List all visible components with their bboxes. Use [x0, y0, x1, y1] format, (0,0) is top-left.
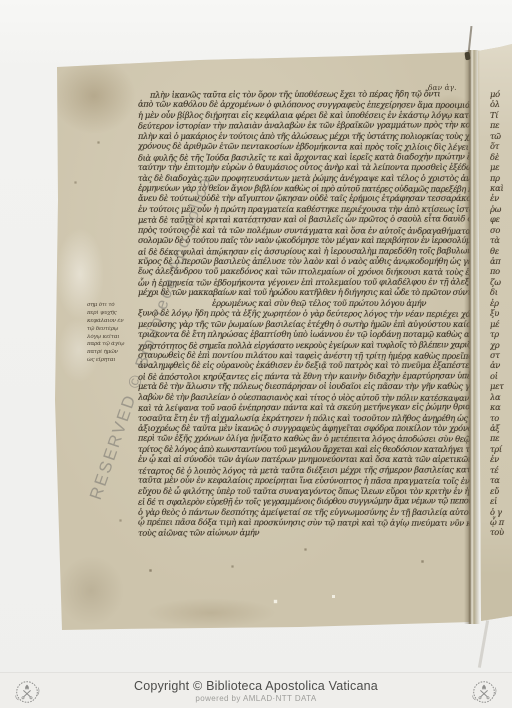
adjacent-text-line: πο	[490, 266, 512, 276]
adjacent-text-line: τῶ	[490, 131, 512, 141]
parchment-stain	[58, 556, 124, 626]
text-line: μετὰ δὲ τὴν ἅλωσιν τῆς πόλεως διεσπάρησα…	[138, 381, 470, 391]
adjacent-text-line: κα	[490, 402, 512, 412]
text-line: ἐρρωμένως καὶ σὺν θεῷ τέλος τοῦ πρώτου λ…	[138, 298, 470, 308]
adjacent-text-line: θε	[490, 246, 512, 256]
vatican-library-seal-icon	[14, 679, 40, 705]
fold-notch	[464, 52, 470, 61]
powered-by-text: powered by AMLAD·NTT DATA	[195, 694, 316, 703]
text-line: ἀπὸ τῶν καθόλου δὲ ἀρχομένων ὁ φιλόπονος…	[138, 99, 470, 111]
text-line: ὧν ἡ ἑρμηνεία τῶν ἑβδομήκοντα γέγονεν ἐπ…	[138, 276, 470, 288]
adjacent-text-line: πε	[490, 120, 512, 130]
text-line: τρίτος δὲ λόγος ἀπὸ κωνσταντίνου τοῦ μεγ…	[138, 444, 470, 454]
adjacent-text-block: μόὁλΤίπετῶὅτδὲμεπρκαὶἐνῥωφεσοτὰθεἀπποζωδ…	[490, 89, 512, 541]
adjacent-text-line: ἐν	[490, 454, 512, 464]
adjacent-text-line: τρί	[490, 444, 512, 454]
text-line: ἀναλημφθεὶς δὲ εἰς οὐρανοὺς ἐκάθισεν ἐν …	[138, 360, 470, 370]
adjacent-text-line: τέ	[490, 465, 512, 475]
text-line: περὶ τῶν ἑξῆς χρόνων ὀλίγα ᾐνίξατο καθὼς…	[138, 433, 470, 445]
text-line: οἱ δὲ ἀπόστολοι κηρύξαντες εἰς πάντα τὰ …	[138, 370, 470, 382]
text-line: ὁ γὰρ θεὸς ὁ πάντων δεσπότης ἀμείψεταί σ…	[138, 507, 470, 517]
text-line: διὰ φυλῆς δὲ τῆς Ἰούδα βασιλεῖς τε καὶ ἄ…	[138, 151, 470, 163]
text-line: ταύτην τὴν ἐπιτομὴν εὑρὼν ὁ θαυμάσιος οὗ…	[138, 162, 470, 172]
adjacent-text-line: μέ	[490, 319, 512, 329]
adjacent-text-line: ὁ γ	[490, 507, 512, 517]
adjacent-text-line: μετ	[490, 381, 512, 391]
margin-note-line: κεφάλαιον ἐν	[87, 318, 151, 326]
adjacent-text-line: χρ	[490, 340, 512, 350]
adjacent-text-line: καὶ	[490, 183, 512, 193]
adjacent-text-line: τὰ	[490, 235, 512, 245]
adjacent-text-line: σο	[490, 225, 512, 235]
page-fold	[464, 50, 480, 624]
adjacent-text-line: φε	[490, 214, 512, 224]
text-line: σταυρωθεὶς δὲ ἐπὶ ποντίου πιλάτου καὶ τα…	[138, 350, 470, 362]
footer-bar: Copyright © Biblioteca Apostolica Vatica…	[0, 672, 512, 708]
leaf-shadow	[478, 620, 489, 668]
text-line: τοσαῦτα ἔτη ἐν τῇ αἰχμαλωσίᾳ ἐκράτησεν ἡ…	[138, 413, 470, 423]
text-line: ἐν ᾧ καὶ αἱ σύνοδοι τῶν ἁγίων πατέρων μν…	[138, 454, 470, 464]
adjacent-text-line: στ	[490, 350, 512, 360]
adjacent-text-line: ἀξ	[490, 423, 512, 433]
adjacent-text-line: ᾧ π	[490, 517, 512, 527]
adjacent-text-line: εὔ	[490, 486, 512, 496]
text-line: τοὺς αἰῶνας τῶν αἰώνων ἀμήν	[138, 527, 470, 539]
adjacent-text-line: τοὺ	[490, 527, 512, 537]
text-line: καὶ τὰ λείψανα τοῦ ναοῦ ἐνέπρησαν πάντα …	[138, 401, 470, 413]
manuscript-page: δαν ἁγ. πλὴν ἱκανῶς ταῦτα εἰς τὸν ὅρον τ…	[0, 0, 512, 708]
adjacent-text-line: ξυ	[490, 308, 512, 318]
copyright-text: Copyright © Biblioteca Apostolica Vatica…	[134, 679, 378, 693]
text-line: τριάκοντα δὲ ἔτη πληρώσας ἐβαπτίσθη ὑπὸ …	[138, 329, 470, 339]
text-line: ἑρμηνεύων γὰρ τὸ θεῖον ἅγιον βιβλίον καθ…	[138, 183, 470, 195]
text-line: πλὴν καὶ ὁ μακάριος ἐν τούτοις ἀπὸ τῆς ἁ…	[138, 131, 470, 141]
parchment-specks	[0, 0, 1, 1]
adjacent-text-line: δὲ	[490, 152, 512, 162]
adjacent-text-line: ὅτ	[490, 141, 512, 151]
text-line: τὰς δὲ διαδοχὰς τῶν προφητευσάντων μετὰ …	[138, 173, 470, 183]
parchment-stain	[146, 598, 276, 628]
margin-note-line: σημ ὅτι τὸ	[87, 302, 151, 310]
adjacent-text-line: ἐν	[490, 193, 512, 203]
adjacent-text-line: οἱ	[490, 371, 512, 381]
adjacent-text-line: ὁλ	[490, 99, 512, 109]
adjacent-text-line: με	[490, 162, 512, 172]
margin-note-line: περὶ ψυχῆς	[87, 310, 151, 318]
adjacent-text-line: ἐρ	[490, 298, 512, 308]
text-line: μέχρι δὲ τῶν μακκαβαίων καὶ τοῦ ἡρώδου κ…	[138, 287, 470, 297]
adjacent-text-line: Τί	[490, 110, 512, 120]
main-text-block: πλὴν ἱκανῶς ταῦτα εἰς τὸν ὅρον τῆς ὑποθέ…	[138, 89, 470, 541]
text-line: εἰ δέ τι σφαλερὸν εὑρεθῇ ἐν τοῖς γεγραμμ…	[138, 495, 470, 507]
text-line: ταῦτα μὲν οὖν ἐν κεφαλαίοις προείρηται ἵ…	[138, 475, 470, 487]
adjacent-text-line: ζω	[490, 277, 512, 287]
adjacent-text-line: τα	[490, 475, 512, 485]
text-line: μεσούσης γὰρ τῆς τῶν ῥωμαίων βασιλείας ἐ…	[138, 319, 470, 329]
adjacent-text-line: δι	[490, 287, 512, 297]
adjacent-text-line: λα	[490, 392, 512, 402]
adjacent-text-line: ἀπ	[490, 256, 512, 266]
text-line: εὔχου δὲ ὦ φιλότης ὑπὲρ τοῦ ταῦτα συναγα…	[138, 486, 470, 496]
adjacent-text-line: ἀν	[490, 360, 512, 370]
adjacent-text-line: μό	[490, 89, 512, 99]
adjacent-text-line: πε	[490, 433, 512, 443]
text-line: δεύτερον ἱστορίαν τὴν παλαιὰν ἀναλαβὼν ἐ…	[138, 120, 470, 132]
adjacent-text-line: τρ	[490, 329, 512, 339]
vatican-library-seal-icon	[471, 679, 497, 705]
adjacent-text-line: εἰ	[490, 496, 512, 506]
parchment-stain	[52, 58, 136, 134]
adjacent-text-line: ῥω	[490, 204, 512, 214]
text-line: ξυνῷ δὲ λόγῳ ἤδη πρὸς τὰ ἑξῆς χωρητέον ὁ…	[138, 308, 470, 320]
scan-viewport: δαν ἁγ. πλὴν ἱκανῶς ταῦτα εἰς τὸν ὅρον τ…	[0, 0, 512, 708]
adjacent-text-line: πρ	[490, 173, 512, 183]
adjacent-text-line: το	[490, 413, 512, 423]
